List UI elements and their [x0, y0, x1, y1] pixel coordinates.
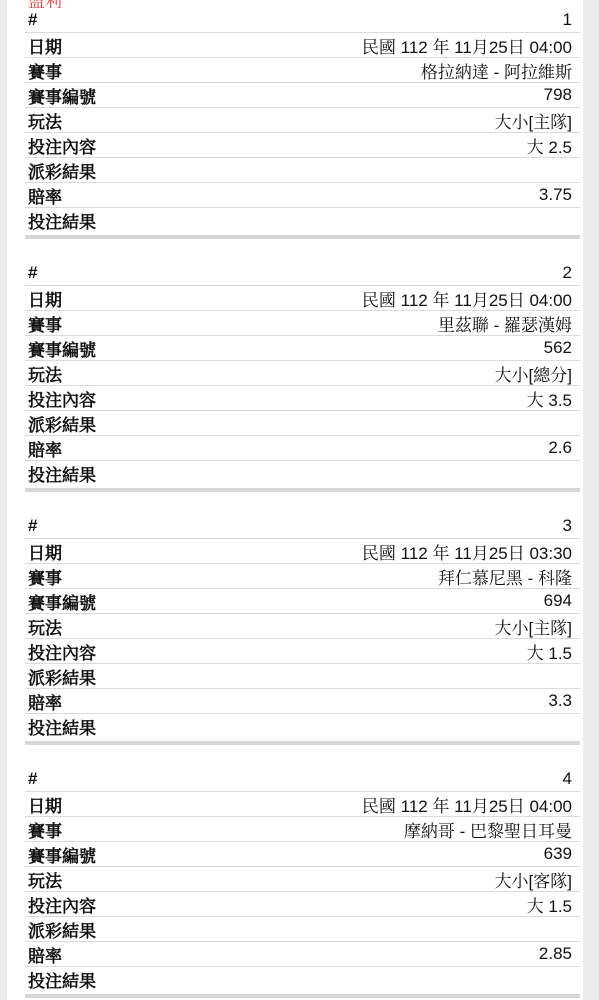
row-label: 賽事編號 [28, 336, 96, 361]
row-label: 投注結果 [28, 461, 96, 486]
card-separator [25, 994, 580, 998]
row-label: # [28, 10, 37, 30]
row-value: 2.6 [548, 438, 572, 458]
row-bet-content: 投注內容 大 1.5 [25, 892, 580, 917]
row-index: # 1 [25, 8, 580, 33]
row-label: # [28, 769, 37, 789]
row-value: 大小[主隊] [495, 108, 572, 133]
row-label: 賽事編號 [28, 83, 96, 108]
row-value: 大 2.5 [527, 133, 572, 158]
row-value: 大小[主隊] [495, 614, 572, 639]
row-value: 3.3 [548, 691, 572, 711]
row-value: 大小[客隊] [495, 867, 572, 892]
row-value: 里茲聯 - 羅瑟漢姆 [438, 311, 572, 336]
row-label: 玩法 [28, 108, 62, 133]
row-payout-result: 派彩結果 [25, 158, 580, 183]
row-value: 拜仁慕尼黑 - 科隆 [438, 564, 572, 589]
row-label: 賽事 [28, 564, 62, 589]
row-payout-result: 派彩結果 [25, 664, 580, 689]
row-label: 投注內容 [28, 639, 96, 664]
row-label: 玩法 [28, 867, 62, 892]
row-play-type: 玩法 大小[總分] [25, 361, 580, 386]
row-label: 投注結果 [28, 714, 96, 739]
row-value: 562 [544, 338, 572, 358]
row-bet-result: 投注結果 [25, 208, 580, 233]
row-event-no: 賽事編號 562 [25, 336, 580, 361]
row-bet-content: 投注內容 大 1.5 [25, 639, 580, 664]
row-value: 1 [563, 10, 572, 30]
row-odds: 賠率 3.75 [25, 183, 580, 208]
row-label: 日期 [28, 286, 62, 311]
row-payout-result: 派彩結果 [25, 411, 580, 436]
row-index: # 4 [25, 767, 580, 792]
bet-record-card: # 2 日期 民國 112 年 11月25日 04:00 賽事 里茲聯 - 羅瑟… [7, 261, 583, 492]
row-label: 投注結果 [28, 208, 96, 233]
row-bet-result: 投注結果 [25, 967, 580, 992]
row-label: 賠率 [28, 942, 62, 967]
row-label: 派彩結果 [28, 664, 96, 689]
row-value: 2.85 [539, 944, 572, 964]
row-date: 日期 民國 112 年 11月25日 04:00 [25, 792, 580, 817]
row-event: 賽事 摩納哥 - 巴黎聖日耳曼 [25, 817, 580, 842]
row-date: 日期 民國 112 年 11月25日 04:00 [25, 33, 580, 58]
row-label: 派彩結果 [28, 158, 96, 183]
row-event: 賽事 拜仁慕尼黑 - 科隆 [25, 564, 580, 589]
row-label: 派彩結果 [28, 917, 96, 942]
row-label: 玩法 [28, 361, 62, 386]
row-index: # 2 [25, 261, 580, 286]
row-label: 派彩結果 [28, 411, 96, 436]
row-label: 賠率 [28, 436, 62, 461]
row-event-no: 賽事編號 639 [25, 842, 580, 867]
row-event-no: 賽事編號 798 [25, 83, 580, 108]
row-label: 賽事 [28, 58, 62, 83]
row-value: 2 [563, 263, 572, 283]
row-odds: 賠率 2.6 [25, 436, 580, 461]
row-label: # [28, 263, 37, 283]
row-value: 大小[總分] [495, 361, 572, 386]
row-payout-result: 派彩結果 [25, 917, 580, 942]
row-date: 日期 民國 112 年 11月25日 03:30 [25, 539, 580, 564]
row-label: 日期 [28, 33, 62, 58]
row-label: 投注內容 [28, 386, 96, 411]
row-label: 賠率 [28, 689, 62, 714]
row-label: 賽事 [28, 311, 62, 336]
row-odds: 賠率 3.3 [25, 689, 580, 714]
row-label: # [28, 516, 37, 536]
row-value: 民國 112 年 11月25日 03:30 [362, 539, 572, 564]
row-value: 大 3.5 [527, 386, 572, 411]
clipped-red-link[interactable]: 盈利 [28, 0, 62, 8]
card-separator [25, 488, 580, 492]
row-label: 賽事編號 [28, 589, 96, 614]
row-bet-result: 投注結果 [25, 461, 580, 486]
row-event: 賽事 格拉納達 - 阿拉維斯 [25, 58, 580, 83]
row-event: 賽事 里茲聯 - 羅瑟漢姆 [25, 311, 580, 336]
row-value: 4 [563, 769, 572, 789]
row-bet-result: 投注結果 [25, 714, 580, 739]
bet-record-card: # 3 日期 民國 112 年 11月25日 03:30 賽事 拜仁慕尼黑 - … [7, 514, 583, 745]
row-value: 3 [563, 516, 572, 536]
row-index: # 3 [25, 514, 580, 539]
row-label: 投注內容 [28, 892, 96, 917]
row-label: 玩法 [28, 614, 62, 639]
row-play-type: 玩法 大小[客隊] [25, 867, 580, 892]
row-play-type: 玩法 大小[主隊] [25, 108, 580, 133]
row-label: 賽事編號 [28, 842, 96, 867]
row-event-no: 賽事編號 694 [25, 589, 580, 614]
row-label: 賽事 [28, 817, 62, 842]
row-value: 摩納哥 - 巴黎聖日耳曼 [404, 817, 572, 842]
row-value: 格拉納達 - 阿拉維斯 [421, 58, 572, 83]
clipped-top-header: 盈利 [7, 0, 583, 8]
row-value: 民國 112 年 11月25日 04:00 [362, 792, 572, 817]
row-date: 日期 民國 112 年 11月25日 04:00 [25, 286, 580, 311]
bet-record-card: # 4 日期 民國 112 年 11月25日 04:00 賽事 摩納哥 - 巴黎… [7, 767, 583, 998]
row-play-type: 玩法 大小[主隊] [25, 614, 580, 639]
row-value: 798 [544, 85, 572, 105]
row-odds: 賠率 2.85 [25, 942, 580, 967]
row-value: 民國 112 年 11月25日 04:00 [362, 286, 572, 311]
row-label: 日期 [28, 539, 62, 564]
row-label: 賠率 [28, 183, 62, 208]
row-value: 3.75 [539, 185, 572, 205]
card-separator [25, 235, 580, 239]
row-value: 694 [544, 591, 572, 611]
row-label: 投注結果 [28, 967, 96, 992]
bet-record-card: # 1 日期 民國 112 年 11月25日 04:00 賽事 格拉納達 - 阿… [7, 8, 583, 239]
row-bet-content: 投注內容 大 2.5 [25, 133, 580, 158]
row-label: 投注內容 [28, 133, 96, 158]
row-label: 日期 [28, 792, 62, 817]
row-value: 639 [544, 844, 572, 864]
bet-history-list: 盈利 # 1 日期 民國 112 年 11月25日 04:00 賽事 格拉納達 … [7, 0, 583, 1000]
row-bet-content: 投注內容 大 3.5 [25, 386, 580, 411]
card-separator [25, 741, 580, 745]
row-value: 民國 112 年 11月25日 04:00 [362, 33, 572, 58]
row-value: 大 1.5 [527, 892, 572, 917]
row-value: 大 1.5 [527, 639, 572, 664]
